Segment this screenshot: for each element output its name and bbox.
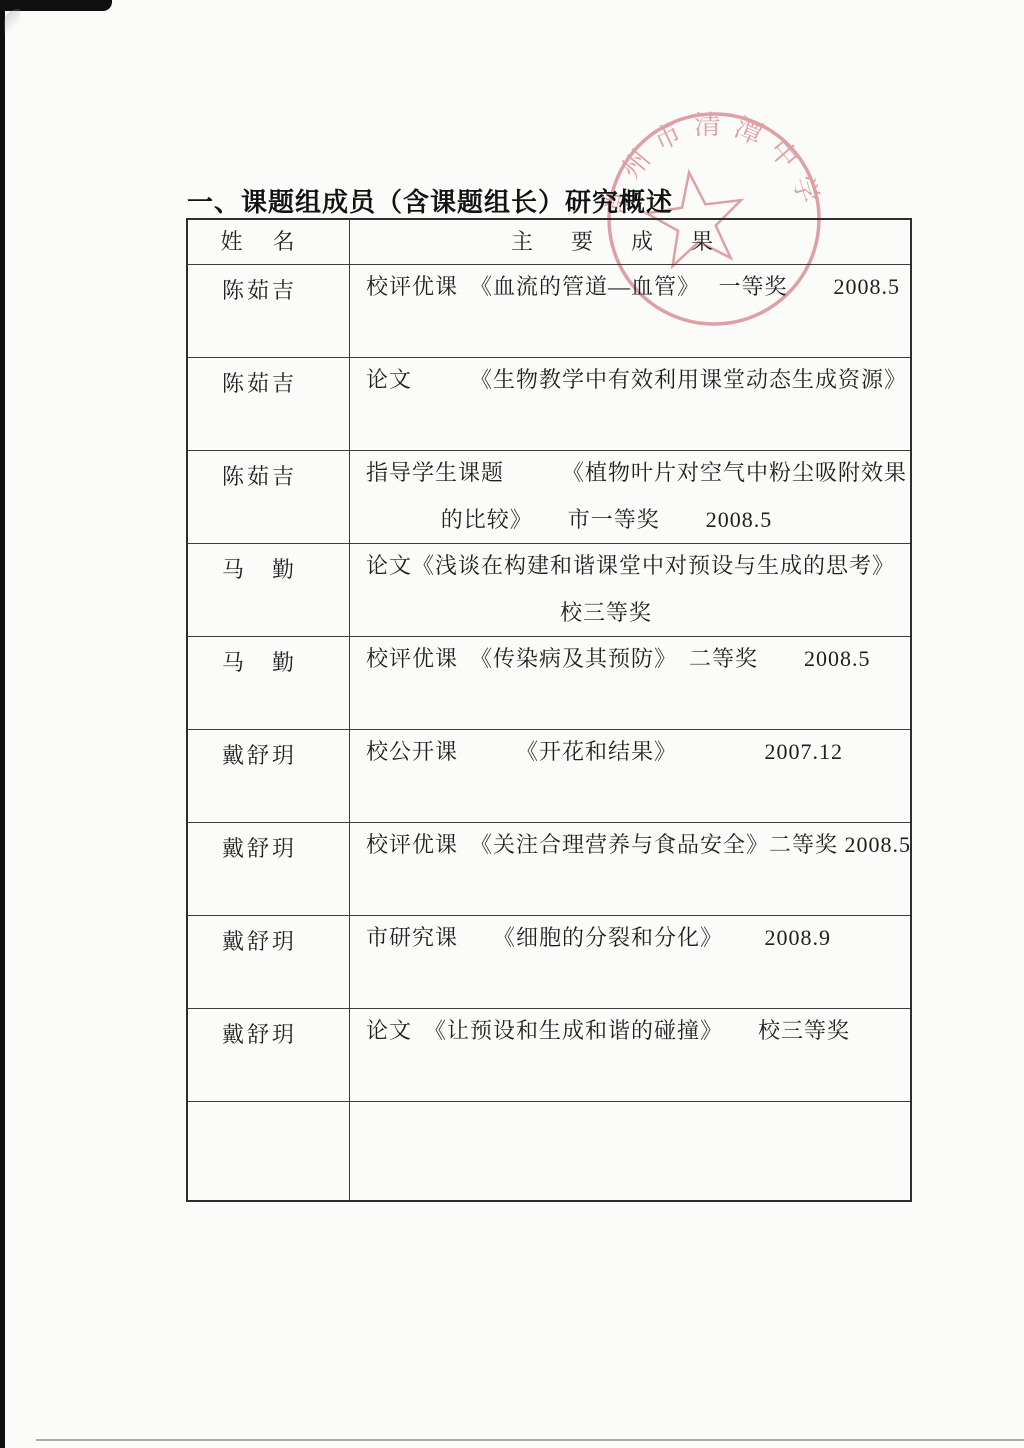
scan-edge-left bbox=[0, 0, 5, 1448]
member-name-cell: 戴舒玥 bbox=[188, 730, 350, 822]
header-achievement: 主 要 成 果 bbox=[350, 220, 910, 264]
table-row: 戴舒玥市研究课 《细胞的分裂和分化》 2008.9 bbox=[188, 916, 910, 1009]
achievement-line: 指导学生课题 《植物叶片对空气中粉尘吸附效果 bbox=[366, 460, 907, 486]
achievement-cell: 校评优课 《传染病及其预防》 二等奖 2008.5 bbox=[350, 637, 910, 729]
members-table: 姓 名 主 要 成 果 陈茹吉校评优课 《血流的管道—血管》 一等奖 2008.… bbox=[186, 218, 912, 1202]
table-row: 戴舒玥校公开课 《开花和结果》 2007.12 bbox=[188, 730, 910, 823]
member-name-cell: 戴舒玥 bbox=[188, 1009, 350, 1101]
member-name-cell: 陈茹吉 bbox=[188, 451, 350, 543]
table-row: 马 勤论文《浅谈在构建和谐课堂中对预设与生成的思考》校三等奖 bbox=[188, 544, 910, 637]
achievement-line: 校评优课 《血流的管道—血管》 一等奖 2008.5 bbox=[366, 274, 906, 300]
achievement-line: 市研究课 《细胞的分裂和分化》 2008.9 bbox=[366, 925, 906, 951]
achievement-line: 论文 《生物教学中有效利用课堂动态生成资源》 bbox=[366, 367, 907, 393]
member-name-cell: 戴舒玥 bbox=[188, 823, 350, 915]
table-row: 马 勤校评优课 《传染病及其预防》 二等奖 2008.5 bbox=[188, 637, 910, 730]
member-name-cell: 陈茹吉 bbox=[188, 265, 350, 357]
table-header-row: 姓 名 主 要 成 果 bbox=[188, 220, 910, 265]
achievement-cell: 校评优课 《关注合理营养与食品安全》二等奖 2008.5 bbox=[350, 823, 915, 915]
section-title: 一、课题组成员（含课题组长）研究概述 bbox=[187, 182, 673, 219]
table-row: 陈茹吉指导学生课题 《植物叶片对空气中粉尘吸附效果的比较》 市一等奖 2008.… bbox=[188, 451, 910, 544]
achievement-cell bbox=[350, 1102, 910, 1200]
member-name-cell: 马 勤 bbox=[188, 544, 350, 636]
achievement-line: 校评优课 《关注合理营养与食品安全》二等奖 2008.5 bbox=[366, 832, 911, 858]
achievement-cell: 论文 《生物教学中有效利用课堂动态生成资源》 bbox=[350, 358, 911, 450]
table-row bbox=[188, 1102, 910, 1200]
achievement-cell: 论文《浅谈在构建和谐课堂中对预设与生成的思考》校三等奖 bbox=[350, 544, 910, 636]
achievement-line: 校三等奖 bbox=[366, 600, 906, 626]
member-name-cell: 戴舒玥 bbox=[188, 916, 350, 1008]
table-row: 陈茹吉论文 《生物教学中有效利用课堂动态生成资源》 bbox=[188, 358, 910, 451]
achievement-line: 校评优课 《传染病及其预防》 二等奖 2008.5 bbox=[366, 646, 906, 672]
scan-bottom-line bbox=[36, 1439, 1024, 1441]
achievement-line: 论文《浅谈在构建和谐课堂中对预设与生成的思考》 bbox=[366, 553, 906, 579]
scan-paper-corner bbox=[4, 9, 20, 35]
table-row: 戴舒玥校评优课 《关注合理营养与食品安全》二等奖 2008.5 bbox=[188, 823, 910, 916]
header-name: 姓 名 bbox=[188, 220, 350, 264]
achievement-line: 校公开课 《开花和结果》 2007.12 bbox=[366, 739, 906, 765]
achievement-cell: 指导学生课题 《植物叶片对空气中粉尘吸附效果的比较》 市一等奖 2008.5 bbox=[350, 451, 911, 543]
achievement-line: 论文 《让预设和生成和谐的碰撞》 校三等奖 bbox=[366, 1018, 906, 1044]
table-body: 陈茹吉校评优课 《血流的管道—血管》 一等奖 2008.5陈茹吉论文 《生物教学… bbox=[188, 265, 910, 1200]
achievement-line: 的比较》 市一等奖 2008.5 bbox=[366, 507, 907, 533]
achievement-cell: 校评优课 《血流的管道—血管》 一等奖 2008.5 bbox=[350, 265, 910, 357]
achievement-cell: 校公开课 《开花和结果》 2007.12 bbox=[350, 730, 910, 822]
member-name-cell: 陈茹吉 bbox=[188, 358, 350, 450]
table-row: 戴舒玥论文 《让预设和生成和谐的碰撞》 校三等奖 bbox=[188, 1009, 910, 1102]
table-row: 陈茹吉校评优课 《血流的管道—血管》 一等奖 2008.5 bbox=[188, 265, 910, 358]
member-name-cell: 马 勤 bbox=[188, 637, 350, 729]
achievement-cell: 论文 《让预设和生成和谐的碰撞》 校三等奖 bbox=[350, 1009, 910, 1101]
achievement-cell: 市研究课 《细胞的分裂和分化》 2008.9 bbox=[350, 916, 910, 1008]
member-name-cell bbox=[188, 1102, 350, 1200]
